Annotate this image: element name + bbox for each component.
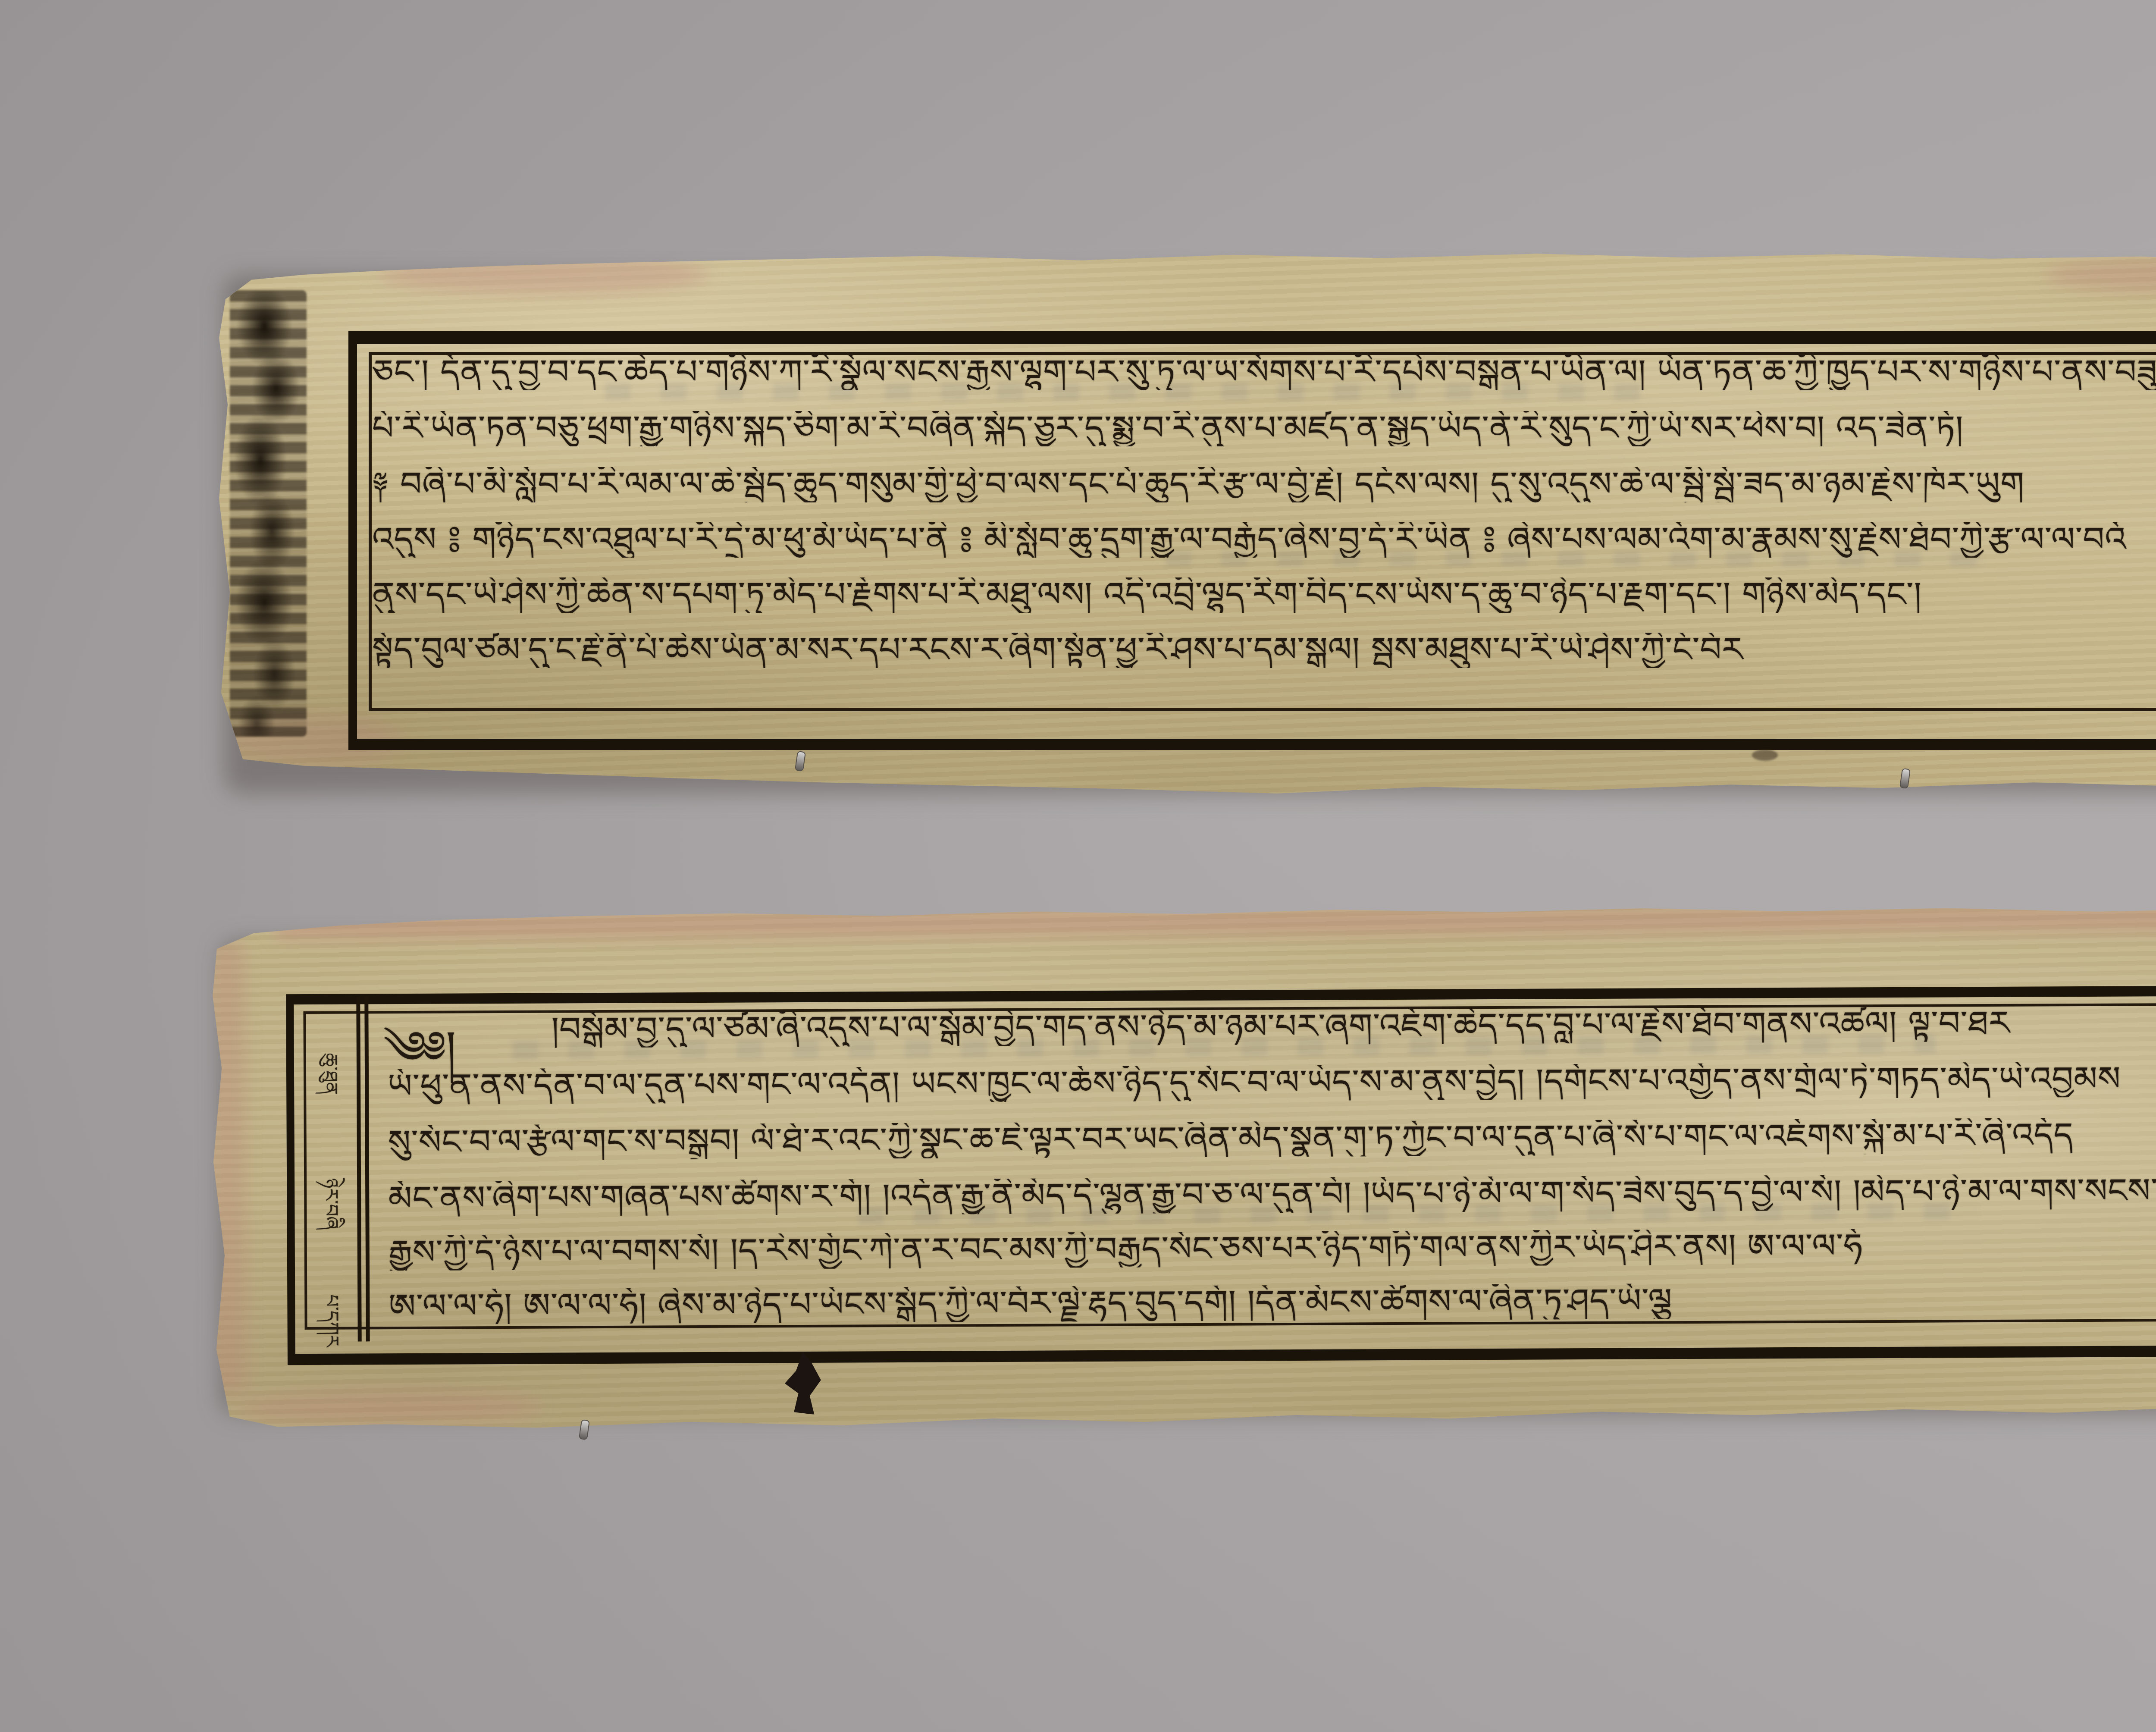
margin-label-3: པ་དཀར (299, 1295, 353, 1351)
yig-mgo-head-mark: ༄༅། (383, 998, 456, 1124)
top-leaf: ཅང་། དོན་དུ་བྱ་བ་དང་ཆེད་པ་གཉིས་ཀ་རི་སྣོལ… (217, 249, 2156, 803)
text-line-2: པོ་རི་ཡོན་ཏན་བཅུ་ཕྲག་རྒྱུ་གཉིས་སྐད་ཅིག་མ… (372, 411, 2156, 446)
text-line-6: སྟོད་བུལ་ཙམ་དུ་ང་རྗེ་ནི་པོ་ཆེས་ཡོན་མ་སར་… (372, 633, 2156, 668)
paper-speck (1752, 750, 1778, 761)
margin-label-1: ཆུ་ཐུན (298, 1053, 352, 1110)
margin-label-2: ཉེར་བཞི (299, 1178, 353, 1235)
photo-backdrop: ཅང་། དོན་དུ་བྱ་བ་དང་ཆེད་པ་གཉིས་ཀ་རི་སྣོལ… (0, 0, 2156, 1732)
text-line-3: ༈ བཞི་པ་མི་སློབ་པ་རི་ལམ་ལ་ཆེ་སྦྱོད་ཆུད་ག… (372, 467, 2156, 502)
pink-edge-stain (238, 1390, 540, 1426)
pink-edge-stain (381, 255, 708, 294)
text-line-4: འདུས ༔ གཉིད་ངས་འཐུལ་པ་རི་དྲེ་མ་ཕུ་མོ་ཡོད… (372, 522, 2156, 558)
margin-column-divider (356, 996, 370, 1341)
bottom-leaf: ཆུ་ཐུན ཉེར་བཞི པ་དཀར ༄༅། །བསྒོམ་བྱ་དུ་ལ་… (210, 903, 2156, 1432)
text-line-1: ཅང་། དོན་དུ་བྱ་བ་དང་ཆེད་པ་གཉིས་ཀ་རི་སྣོལ… (372, 355, 2156, 390)
text-line-1: །བསྒོམ་བྱ་དུ་ལ་ཙམ་ཞི་འདུས་པ་ལ་སྒོམ་བྱེད་… (551, 1005, 2156, 1048)
pink-edge-stain (2045, 258, 2156, 292)
pink-edge-stain (206, 938, 247, 1396)
text-line-5: ནུས་དང་ཡེ་ཤེས་ཀྱི་ཆེན་ས་དཔག་ཏུ་མེད་པ་རྗོ… (372, 577, 2156, 613)
ink-transfer-band (230, 290, 307, 737)
pink-edge-stain (275, 905, 2156, 939)
